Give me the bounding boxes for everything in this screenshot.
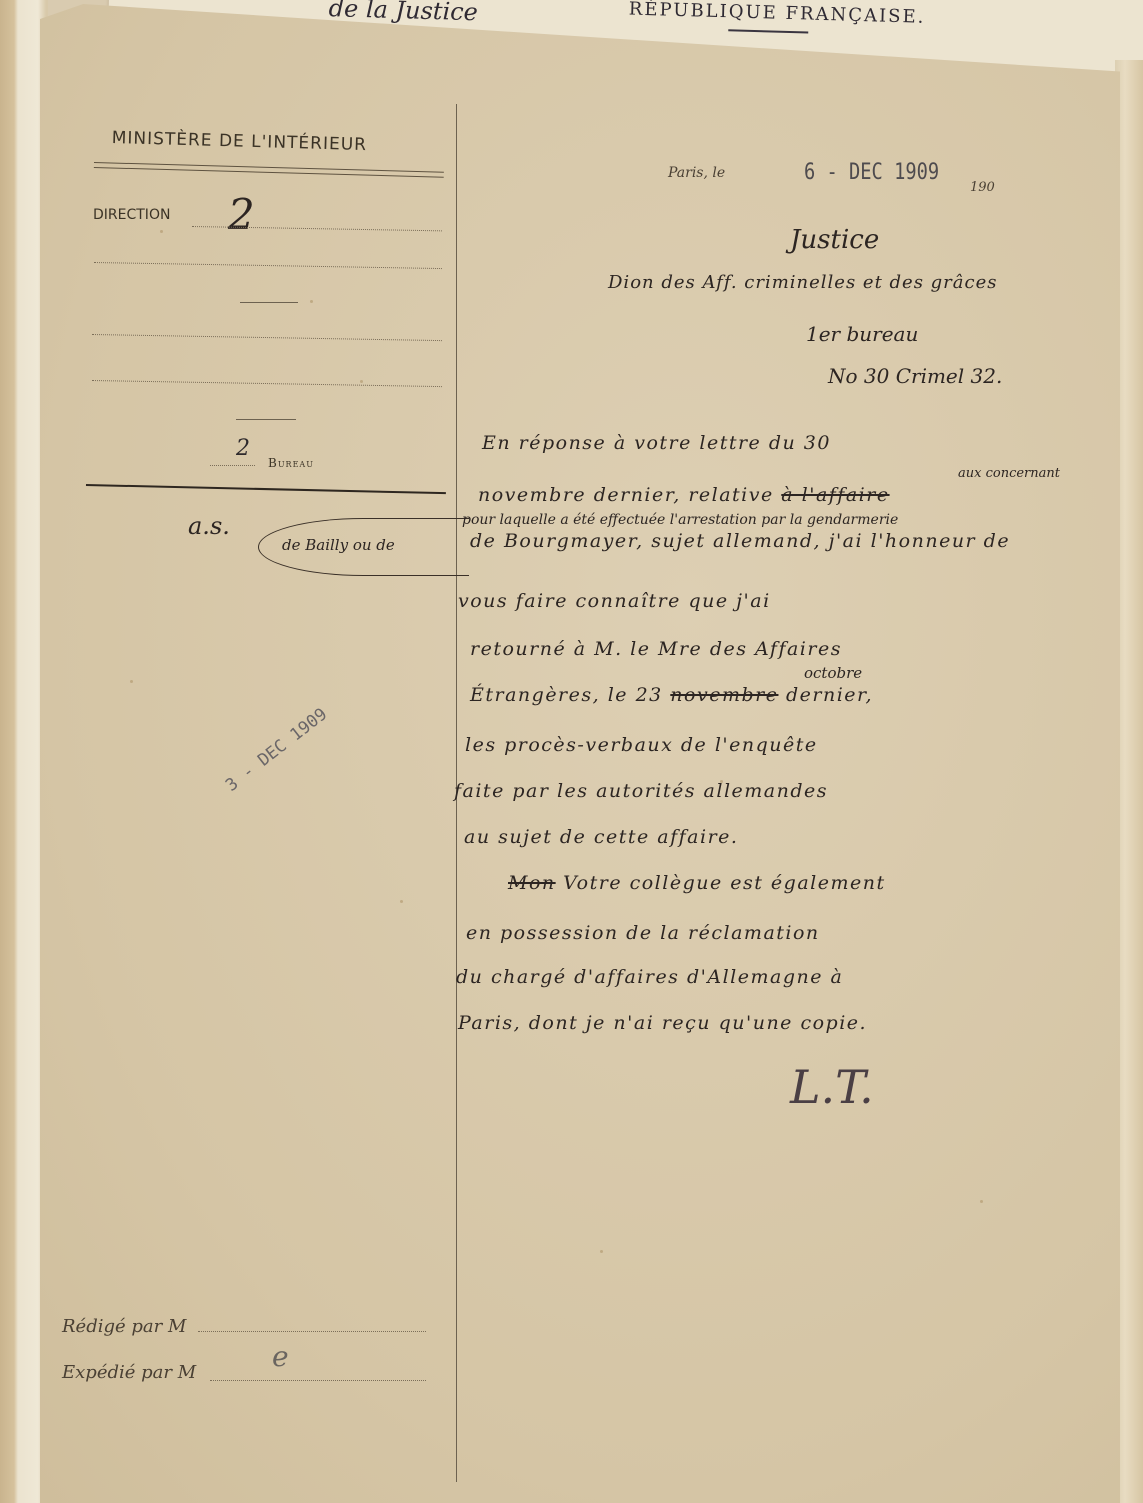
paper-speck <box>360 380 363 383</box>
body-text: Étrangères, le 23 <box>470 684 670 706</box>
place-date-label: Paris, le <box>668 165 725 181</box>
circled-note-text: de Bailly ou de <box>282 536 395 554</box>
body-text: novembre dernier, relative <box>478 484 781 506</box>
body-text: dernier, <box>778 684 873 706</box>
bureau-number: 2 <box>236 436 250 461</box>
body-line: Étrangères, le 23 novembre dernier, <box>470 684 873 706</box>
paper-speck <box>130 680 133 683</box>
body-line: retourné à M. le Mre des Affaires <box>470 638 842 660</box>
body-line: en possession de la réclamation <box>466 922 820 944</box>
background-header-right: RÉPUBLIQUE FRANÇAISE. <box>629 0 926 28</box>
drafted-by-label: Rédigé par M <box>62 1316 186 1337</box>
margin-initials: a.s. <box>188 512 230 540</box>
body-line: Paris, dont je n'ai reçu qu'une copie. <box>458 1012 867 1034</box>
direction-label: DIRECTION <box>93 207 170 223</box>
struck-text: à l'affaire <box>781 484 889 506</box>
body-line: de Bourgmayer, sujet allemand, j'ai l'ho… <box>470 530 1010 552</box>
date-stamp: 6 - DEC 1909 <box>804 160 939 185</box>
body-line: novembre dernier, relative à l'affaire <box>478 484 890 506</box>
bureau-label: Bureau <box>268 456 314 470</box>
sent-by-label: Expédié par M <box>62 1362 196 1383</box>
body-insertion-line: pour laquelle a été effectuée l'arrestat… <box>462 512 898 528</box>
bureau-dotted-line <box>210 465 255 466</box>
paper-speck <box>310 300 313 303</box>
body-line: vous faire connaître que j'ai <box>458 590 771 612</box>
paper-speck <box>400 900 403 903</box>
drafted-by-line <box>198 1331 426 1332</box>
paper-speck <box>160 230 163 233</box>
body-line: En réponse à votre lettre du 30 <box>482 432 831 454</box>
paper-speck <box>600 1250 603 1253</box>
body-line: les procès-verbaux de l'enquête <box>465 734 818 756</box>
body-text: Votre collègue est également <box>556 872 886 894</box>
struck-text: Mon <box>508 872 556 894</box>
short-rule <box>236 419 296 420</box>
short-rule <box>240 302 298 303</box>
body-line: faite par les autorités allemandes <box>454 780 828 802</box>
addressee-reference: No 30 Crimel 32. <box>828 364 1002 388</box>
sent-by-initial: e <box>272 1340 289 1373</box>
struck-text: novembre <box>670 684 778 706</box>
sent-by-line <box>210 1380 426 1381</box>
body-line: au sujet de cette affaire. <box>464 826 738 848</box>
addressee-ministry: Justice <box>790 225 879 255</box>
paper-speck <box>980 1200 983 1203</box>
addressee-bureau: 1er bureau <box>806 322 918 346</box>
year-prefix: 190 <box>970 180 995 195</box>
addressee-direction: Dion des Aff. criminelles et des grâces <box>608 272 998 293</box>
direction-value: 2 <box>228 190 255 239</box>
insertion-above-line: octobre <box>804 664 862 682</box>
body-line: Mon Votre collègue est également <box>508 872 886 894</box>
signature: L.T. <box>790 1060 874 1114</box>
body-line: du chargé d'affaires d'Allemagne à <box>456 966 843 988</box>
insertion-above-line: aux concernant <box>958 466 1060 481</box>
ornament-rule <box>728 29 808 33</box>
